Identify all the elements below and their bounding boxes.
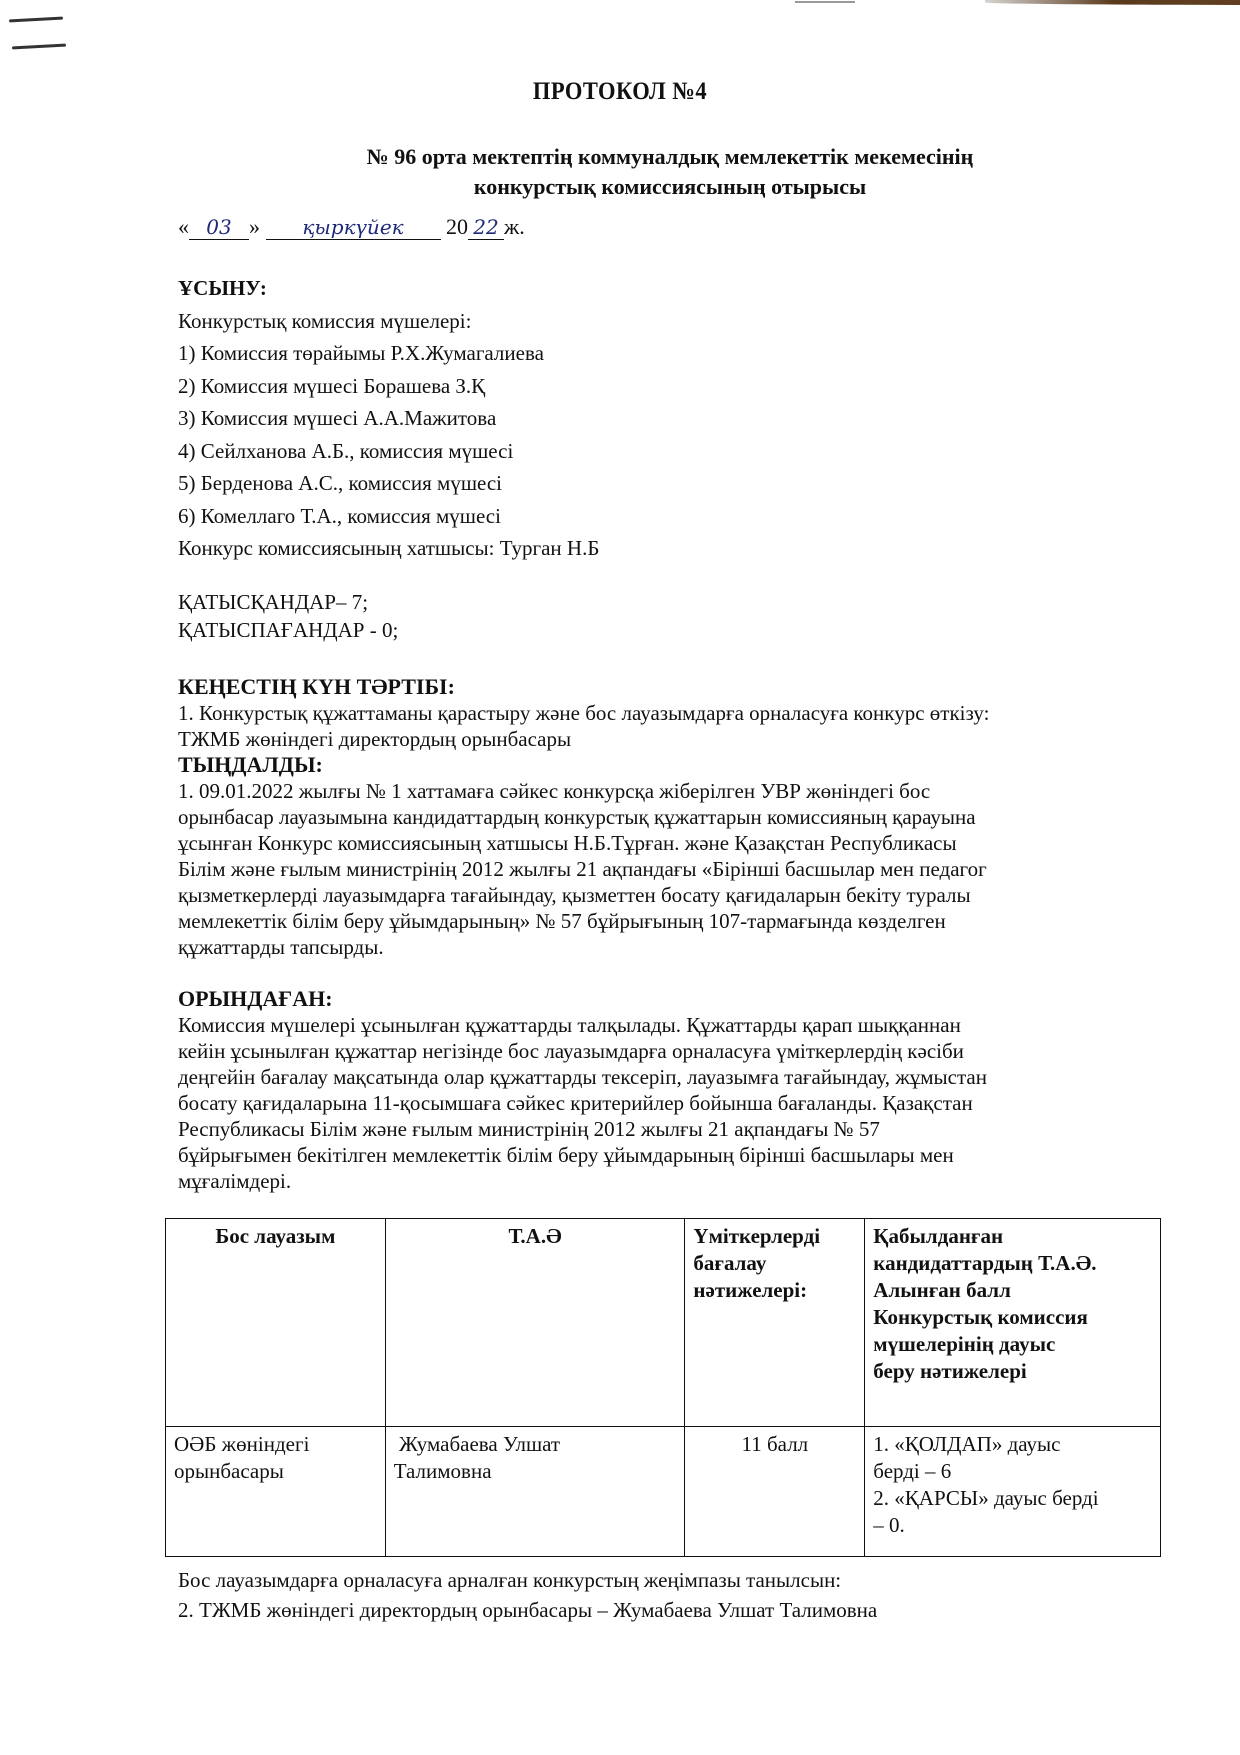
paragraph-line: құжаттарды тапсырды. — [178, 934, 1178, 960]
paragraph-line: босату қағидаларына 11-қосымшаға сәйкес … — [178, 1090, 1178, 1116]
results-table: Бос лауазым Т.А.Ә Үміткерлерді бағалау н… — [165, 1218, 1161, 1557]
subtitle-line: конкурстық комиссиясының отырысы — [290, 172, 1050, 202]
header-accepted-candidates: Қабылданған кандидаттардың Т.А.Ә. Алынға… — [865, 1219, 1161, 1427]
section-heading: ҰСЫНУ: — [178, 272, 599, 305]
header-full-name: Т.А.Ә — [385, 1219, 685, 1427]
header-line: Алынған балл — [873, 1277, 1152, 1304]
member-item: 3) Комиссия мүшесі А.А.Мажитова — [178, 402, 599, 435]
header-line: беру нәтижелері — [873, 1358, 1152, 1385]
header-line: мүшелерінің дауыс — [873, 1331, 1152, 1358]
table-row: ОӘБ жөніндегі орынбасары Жумабаева Улшат… — [166, 1427, 1161, 1557]
paragraph-line: деңгейін бағалау мақсатында олар құжатта… — [178, 1064, 1178, 1090]
cell-line: – 0. — [873, 1512, 1152, 1539]
section-heading: КЕҢЕСТІҢ КҮН ТӘРТІБІ: — [178, 674, 1178, 700]
header-vacant-position: Бос лауазым — [166, 1219, 386, 1427]
cell-votes: 1. «ҚОЛДАП» дауыс берді – 6 2. «ҚАРСЫ» д… — [865, 1427, 1161, 1557]
paragraph-line: ұсынған Конкурс комиссиясының хатшысы Н.… — [178, 830, 1178, 856]
paragraph-line: орынбасар лауазымына кандидаттардың конк… — [178, 804, 1178, 830]
member-item: 1) Комиссия төрайымы Р.Х.Жумагалиева — [178, 337, 599, 370]
cell-line: 2. «ҚАРСЫ» дауыс берді — [873, 1485, 1152, 1512]
paragraph-line: Білім және ғылым министрінің 2012 жылғы … — [178, 856, 1178, 882]
header-line: Үміткерлерді — [693, 1223, 856, 1250]
date-year-handwritten: 22 — [468, 215, 504, 240]
header-evaluation-results: Үміткерлерді бағалау нәтижелері: — [685, 1219, 865, 1427]
member-item: 5) Берденова А.С., комиссия мүшесі — [178, 467, 599, 500]
present-count: ҚАТЫСҚАНДАР– 7; — [178, 588, 398, 616]
staple-mark — [12, 44, 66, 50]
staple-mark — [9, 17, 63, 23]
section-heading: ОРЫНДАҒАН: — [178, 986, 1178, 1012]
date-close-quote: » — [249, 214, 260, 239]
paragraph-line: Республикасы Білім және ғылым министріні… — [178, 1116, 1178, 1142]
paragraph-line: мұғалімдері. — [178, 1168, 1178, 1194]
secretary-line: Конкурс комиссиясының хатшысы: Турган Н.… — [178, 532, 599, 565]
header-line: Қабылданған — [873, 1223, 1152, 1250]
scan-edge-artifact — [985, 0, 1240, 5]
cell-line: берді – 6 — [873, 1458, 1152, 1485]
cell-line: ОӘБ жөніндегі — [174, 1431, 377, 1458]
conclusion-line: Бос лауазымдарға орналасуға арналған кон… — [178, 1565, 877, 1595]
paragraph-line: қызметкерлерді лауазымдарға тағайындау, … — [178, 882, 1178, 908]
header-line: бағалау — [693, 1250, 856, 1277]
document-date: «03» қыркүйек 2022ж. — [178, 214, 525, 240]
attendance-section: ҚАТЫСҚАНДАР– 7; ҚАТЫСПАҒАНДАР - 0; — [178, 588, 398, 644]
cell-line: 1. «ҚОЛДАП» дауыс — [873, 1431, 1152, 1458]
cell-line: Жумабаева Улшат — [394, 1431, 677, 1458]
agenda-line: ТЖМБ жөніндегі директордың орынбасары — [178, 726, 1178, 752]
cell-line: орынбасары — [174, 1458, 377, 1485]
date-year-label: ж. — [504, 214, 525, 239]
members-intro: Конкурстық комиссия мүшелері: — [178, 305, 599, 338]
absent-count: ҚАТЫСПАҒАНДАР - 0; — [178, 616, 398, 644]
agenda-section: КЕҢЕСТІҢ КҮН ТӘРТІБІ: 1. Конкурстық құжа… — [178, 674, 1178, 752]
header-line: Конкурстық комиссия — [873, 1304, 1152, 1331]
conclusion-section: Бос лауазымдарға орналасуға арналған кон… — [178, 1565, 877, 1625]
proposal-section: ҰСЫНУ: Конкурстық комиссия мүшелері: 1) … — [178, 272, 599, 565]
table-header-row: Бос лауазым Т.А.Ә Үміткерлерді бағалау н… — [166, 1219, 1161, 1427]
subtitle-line: № 96 орта мектептің коммуналдық мемлекет… — [290, 142, 1050, 172]
paragraph-line: Комиссия мүшелері ұсынылған құжаттарды т… — [178, 1012, 1178, 1038]
document-subtitle: № 96 орта мектептің коммуналдық мемлекет… — [290, 142, 1050, 202]
date-year-prefix: 20 — [446, 214, 468, 239]
date-month-handwritten: қыркүйек — [266, 215, 441, 240]
member-item: 6) Комеллаго Т.А., комиссия мүшесі — [178, 500, 599, 533]
cell-score: 11 балл — [685, 1427, 865, 1557]
performed-section: ОРЫНДАҒАН: Комиссия мүшелері ұсынылған қ… — [178, 986, 1178, 1194]
cell-line: Талимовна — [394, 1458, 677, 1485]
header-line: нәтижелері: — [693, 1277, 856, 1304]
member-item: 2) Комиссия мүшесі Борашева З.Қ — [178, 370, 599, 403]
scan-edge-artifact — [795, 1, 855, 3]
conclusion-line: 2. ТЖМБ жөніндегі директордың орынбасары… — [178, 1595, 877, 1625]
document-title: ПРОТОКОЛ №4 — [62, 78, 1178, 106]
paragraph-line: кейін ұсынылған құжаттар негізінде бос л… — [178, 1038, 1178, 1064]
paragraph-line: бұйрығымен бекітілген мемлекеттік білім … — [178, 1142, 1178, 1168]
cell-position: ОӘБ жөніндегі орынбасары — [166, 1427, 386, 1557]
header-line: кандидаттардың Т.А.Ә. — [873, 1250, 1152, 1277]
heard-section: ТЫҢДАЛДЫ: 1. 09.01.2022 жылғы № 1 хаттам… — [178, 752, 1178, 960]
member-item: 4) Сейлханова А.Б., комиссия мүшесі — [178, 435, 599, 468]
agenda-line: 1. Конкурстық құжаттаманы қарастыру және… — [178, 700, 1178, 726]
section-heading: ТЫҢДАЛДЫ: — [178, 752, 1178, 778]
paragraph-line: 1. 09.01.2022 жылғы № 1 хаттамаға сәйкес… — [178, 778, 1178, 804]
date-open-quote: « — [178, 214, 189, 239]
paragraph-line: мемлекеттік білім беру ұйымдарының» № 57… — [178, 908, 1178, 934]
date-day-handwritten: 03 — [189, 215, 249, 240]
cell-candidate-name: Жумабаева Улшат Талимовна — [385, 1427, 685, 1557]
